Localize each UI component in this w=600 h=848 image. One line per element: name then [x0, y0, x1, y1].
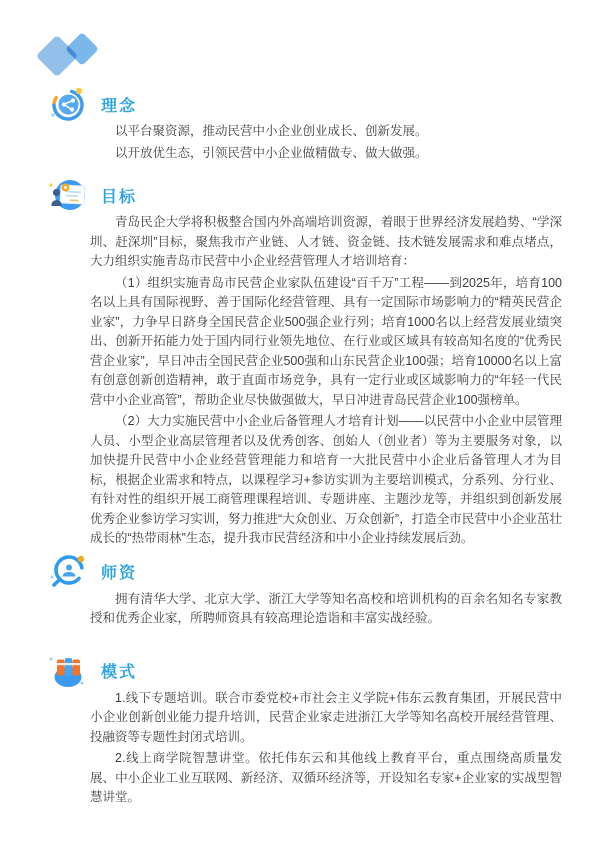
section-model-title: 模式: [101, 659, 137, 682]
section-philosophy-body: 以平台聚资源，推动民营中小企业创业成长、创新发展。 以开放优生态，引领民营中小企…: [90, 122, 562, 163]
goals-item-2-paragraph: （2）大力实施民营中小企业后备管理人才培育计划——以民营中小企业中层管理人员、小…: [90, 412, 562, 549]
section-philosophy-title: 理念: [101, 93, 137, 116]
philosophy-line-1: 以平台聚资源，推动民营中小企业创业成长、创新发展。: [90, 122, 562, 142]
section-goals: 目标 青岛民企大学将积极整合国内外高端培训资源，着眼于世界经济发展趋势、“学深圳…: [0, 175, 600, 549]
section-goals-body: 青岛民企大学将积极整合国内外高端培训资源，着眼于世界经济发展趋势、“学深圳、赶深…: [90, 213, 562, 549]
section-faculty-header: 师资: [48, 552, 600, 592]
share-network-icon: [48, 84, 88, 124]
faculty-paragraph: 拥有清华大学、北京大学、浙江大学等知名高校和培训机构的百余名知名专家教授和优秀企…: [90, 590, 562, 629]
goals-intro-paragraph: 青岛民企大学将积极整合国内外高端培训资源，着眼于世界经济发展趋势、“学深圳、赶深…: [90, 213, 562, 272]
section-model: 模式 1.线下专题培训。联合市委党校+市社会主义学院+伟东云教育集团，开展民营中…: [0, 651, 600, 808]
double-diamond-logo: [40, 34, 110, 80]
model-offline-paragraph: 1.线下专题培训。联合市委党校+市社会主义学院+伟东云教育集团，开展民营中小企业…: [90, 689, 562, 748]
section-philosophy: 理念 以平台聚资源，推动民营中小企业创业成长、创新发展。 以开放优生态，引领民营…: [0, 84, 600, 163]
section-model-header: 模式: [48, 651, 600, 691]
goals-item-1-paragraph: （1）组织实施青岛市民营企业家队伍建设“百千万”工程——到2025年，培育100…: [90, 274, 562, 411]
section-faculty-body: 拥有清华大学、北京大学、浙江大学等知名高校和培训机构的百余名知名专家教授和优秀企…: [90, 590, 562, 629]
model-online-paragraph: 2.线上商学院智慧讲堂。依托伟东云和其他线上教育平台，重点围绕高质量发展、中小企…: [90, 749, 562, 808]
section-faculty: 师资 拥有清华大学、北京大学、浙江大学等知名高校和培训机构的百余名知名专家教授和…: [0, 552, 600, 629]
books-icon: [48, 651, 88, 691]
magnifier-person-icon: [48, 552, 88, 592]
section-goals-title: 目标: [101, 184, 137, 207]
section-philosophy-header: 理念: [48, 84, 600, 124]
document-page: 理念 以平台聚资源，推动民营中小企业创业成长、创新发展。 以开放优生态，引领民营…: [0, 0, 600, 848]
philosophy-line-2: 以开放优生态，引领民营中小企业做精做专、做大做强。: [90, 144, 562, 164]
section-goals-header: 目标: [48, 175, 600, 215]
certificate-person-icon: [48, 175, 88, 215]
section-faculty-title: 师资: [101, 560, 137, 583]
section-model-body: 1.线下专题培训。联合市委党校+市社会主义学院+伟东云教育集团，开展民营中小企业…: [90, 689, 562, 808]
